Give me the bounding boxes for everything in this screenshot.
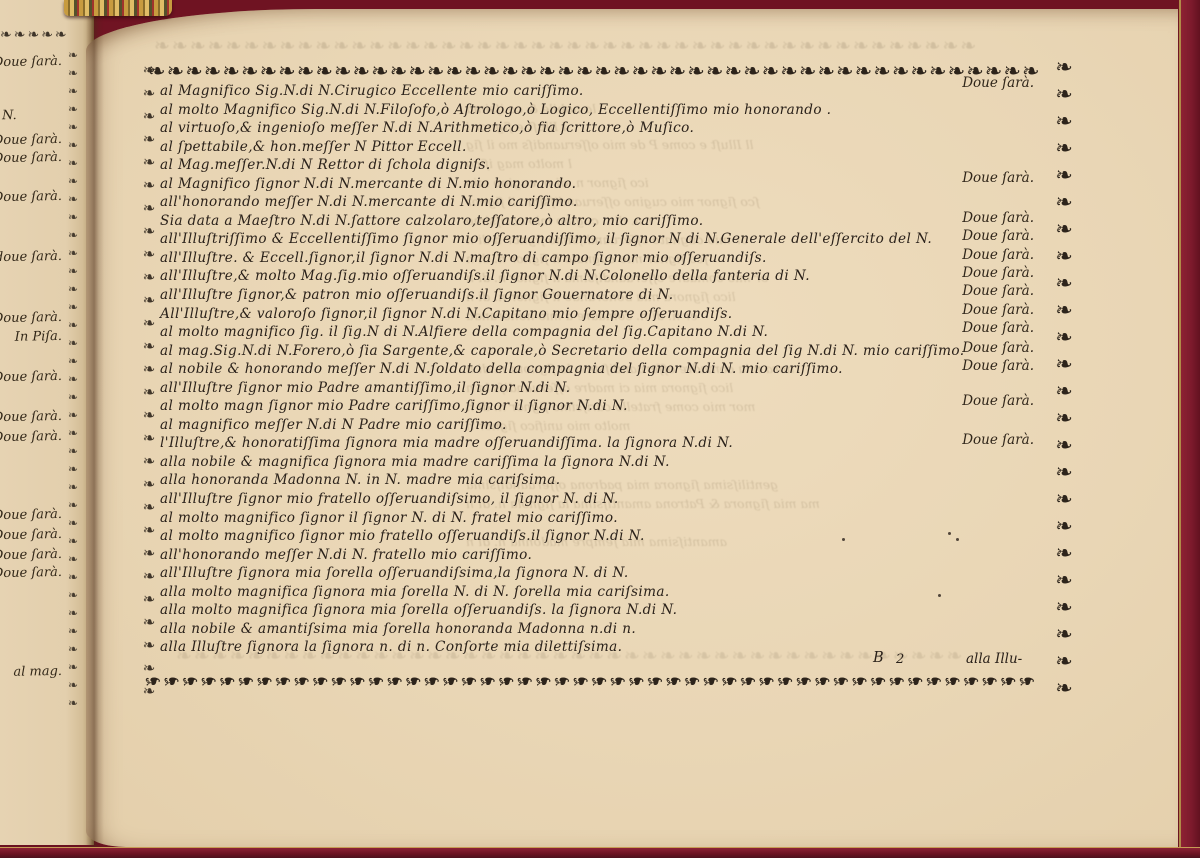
margin-note: Doue ſarà. xyxy=(0,310,62,327)
margin-note: Doue ſarà. xyxy=(0,54,62,71)
margin-note: Doue ſarà. xyxy=(938,432,1034,448)
letter-heading-line: alla molto magnifica ſignora mia ſorella… xyxy=(160,583,1060,602)
margin-note: In Piſa. xyxy=(0,329,62,346)
margin-note: Doue ſarà. xyxy=(0,527,62,544)
book-cover-right-edge xyxy=(1179,0,1200,858)
headband xyxy=(64,0,172,16)
letter-heading-line: al Mag.meſſer.N.di N Rettor di ſchola di… xyxy=(160,156,1060,175)
letter-heading-line: al molto magnifico ſignor il ſignor N. d… xyxy=(160,509,1060,528)
letter-heading-line: all'Illuſtre,& molto Mag.ſig.mio oſſerua… xyxy=(160,267,1060,286)
signature-number: 2 xyxy=(896,652,904,667)
margin-note: Doue ſarà. xyxy=(938,302,1034,318)
letter-heading-line: alla nobile & amantiſsima mia ſorella ho… xyxy=(160,620,1060,639)
letter-heading-line: Sia data a Maeſtro N.di N.ſattore calzol… xyxy=(160,212,1060,231)
margin-note: Doue ſarà. xyxy=(938,340,1034,356)
letter-heading-line: al ſpettabile,& hon.meſſer N Pittor Ecce… xyxy=(160,138,1060,157)
ink-speck xyxy=(956,538,959,541)
border-showthrough: ❧❧❧❧❧❧❧❧❧❧❧❧❧❧❧❧❧❧❧❧❧❧❧❧❧❧❧❧❧❧❧❧❧❧❧❧❧❧❧❧… xyxy=(154,35,1034,59)
margin-note: Doue ſarà. xyxy=(0,150,62,167)
letter-heading-line: all'Illuſtre ſignor mio fratello oſſerua… xyxy=(160,490,1060,509)
margin-note: Doue ſarà. xyxy=(938,358,1034,374)
letter-heading-line: al magnifico meſſer N.di N Padre mio car… xyxy=(160,416,1060,435)
letter-heading-line: alla molto magnifica ſignora mia ſorella… xyxy=(160,601,1060,620)
margin-note: Doue ſarà. xyxy=(0,132,62,149)
signature-mark: B xyxy=(873,650,884,666)
ink-speck xyxy=(938,594,941,597)
letter-heading-line: al molto magnifico ſig. il ſig.N di N.Al… xyxy=(160,323,1060,342)
margin-note: Doue ſarà. xyxy=(938,75,1034,91)
margin-note: Doue ſarà. xyxy=(938,393,1034,409)
book-scan: ❧❧❧❧❧ ❧❧❧❧❧❧❧❧❧❧❧❧❧❧❧❧❧❧❧❧❧❧❧❧❧❧❧❧❧❧❧❧❧❧… xyxy=(0,0,1200,858)
letter-heading-line: al virtuoſo,& ingenioſo meſſer N.di N.Ar… xyxy=(160,119,1060,138)
letter-heading-line: all'Illuſtre ſignora mia ſorella oſſerua… xyxy=(160,564,1060,583)
margin-note: Doue ſarà. xyxy=(0,369,62,386)
fleuron-border-left: ❧❧❧❧❧❧❧❧❧❧❧❧❧❧❧❧❧❧❧❧❧❧❧❧❧❧❧❧❧❧❧❧ xyxy=(132,61,158,701)
ink-speck xyxy=(948,532,951,535)
letter-heading-line: al Magnifico Sig.N.di N.Cirugico Eccelle… xyxy=(160,82,1060,101)
letter-heading-line: alla Illuſtre ſignora la ſignora n. di n… xyxy=(160,638,1060,657)
book-cover-bottom-edge xyxy=(0,847,1200,858)
letter-heading-line: all'Illuſtre ſignor mio Padre amantiſſim… xyxy=(160,379,1060,398)
margin-note: Doue ſarà. xyxy=(0,565,62,582)
margin-note: Doue ſarà. xyxy=(938,265,1034,281)
margin-note: N. xyxy=(2,108,32,124)
margin-note: Doue ſarà. xyxy=(938,320,1034,336)
letter-heading-line: l'Illuſtre,& honoratiſſima ſignora mia m… xyxy=(160,434,1060,453)
margin-note: Doue ſarà. xyxy=(938,210,1034,226)
letter-headings-list: al Magnifico Sig.N.di N.Cirugico Eccelle… xyxy=(160,82,1060,657)
letter-heading-line: al molto magn ſignor mio Padre cariſſimo… xyxy=(160,397,1060,416)
margin-note: Doue ſarà. xyxy=(0,547,62,564)
letter-heading-line: all'honorando meſſer N.di N.mercante di … xyxy=(160,193,1060,212)
margin-note: Doue ſarà. xyxy=(938,283,1034,299)
letter-heading-line: al Magnifico ſignor N.di N.mercante di N… xyxy=(160,175,1060,194)
margin-note: doue ſarà. xyxy=(0,249,62,266)
letter-heading-line: al nobile & honorando meſſer N.di N.ſold… xyxy=(160,360,1060,379)
margin-note: Doue ſarà. xyxy=(0,409,62,426)
margin-note: Doue ſarà. xyxy=(0,429,62,446)
ink-speck xyxy=(842,538,845,541)
letter-heading-line: All'Illuſtre,& valoroſo ſignor,il ſignor… xyxy=(160,305,1060,324)
previous-page-edge: ❧❧❧❧❧ ❧❧❧❧❧❧❧❧❧❧❧❧❧❧❧❧❧❧❧❧❧❧❧❧❧❧❧❧❧❧❧❧❧❧… xyxy=(0,0,94,845)
margin-note: Doue ſarà. xyxy=(0,189,62,206)
letter-heading-line: al mag.Sig.N.di N.Forero,ò ſia Sargente,… xyxy=(160,342,1060,361)
letter-heading-line: all'Illuſtre ſignor,& patron mio oſſerua… xyxy=(160,286,1060,305)
letter-heading-line: all'Illuſtriſſimo & Eccellentiſſimo ſign… xyxy=(160,230,1060,249)
letter-heading-line: al molto Magnifico Sig.N.di N.Filoſofo,ò… xyxy=(160,101,1060,120)
catchword: alla Illu- xyxy=(966,651,1028,667)
letter-heading-line: al molto magnifico ſignor mio fratello o… xyxy=(160,527,1060,546)
margin-note: Doue ſarà. xyxy=(938,228,1034,244)
margin-note: Doue ſarà. xyxy=(0,507,62,524)
letter-heading-line: all'honorando meſſer N.di N. fratello mi… xyxy=(160,546,1060,565)
letter-heading-line: all'Illuſtre. & Eccell.ſignor,il ſignor … xyxy=(160,249,1060,268)
fleuron-border-fragment: ❧❧❧❧❧ xyxy=(0,27,70,51)
book-page: ❧❧❧❧❧❧❧❧❧❧❧❧❧❧❧❧❧❧❧❧❧❧❧❧❧❧❧❧❧❧❧❧❧❧❧❧❧❧❧❧… xyxy=(86,9,1178,847)
letter-heading-line: alla honoranda Madonna N. in N. madre mi… xyxy=(160,471,1060,490)
margin-note: Doue ſarà. xyxy=(938,247,1034,263)
margin-note: al mag. xyxy=(0,664,62,681)
letter-heading-line: alla nobile & magnifica ſignora mia madr… xyxy=(160,453,1060,472)
margin-note: Doue ſarà. xyxy=(938,170,1034,186)
